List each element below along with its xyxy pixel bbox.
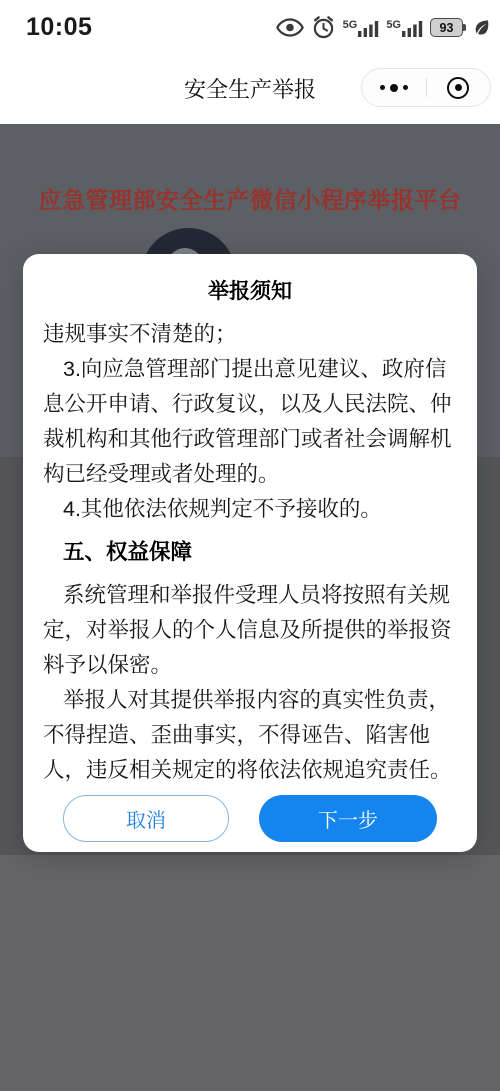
notice-line: 违规事实不清楚的；: [43, 317, 457, 352]
more-dots-icon: [403, 85, 408, 90]
close-circle-icon: [447, 77, 469, 99]
notice-line: 息公开申请、行政复议，以及人民法院、仲: [43, 387, 457, 422]
dim-overlay-bottom: [0, 855, 500, 1091]
dialog-actions: 取消 下一步: [23, 795, 477, 842]
network-type-label-1: 5G: [343, 19, 358, 31]
status-icons: 5G 5G 93: [276, 15, 490, 40]
battery-percent: 93: [430, 18, 463, 37]
cancel-button[interactable]: 取消: [63, 795, 229, 842]
power-saver-leaf-icon: [473, 19, 490, 36]
alarm-clock-icon: [311, 15, 336, 40]
miniprogram-capsule: [361, 68, 491, 107]
notice-body: 违规事实不清楚的；3.向应急管理部门提出意见建议、政府信息公开申请、行政复议，以…: [23, 317, 477, 788]
notice-line: 构已经受理或者处理的。: [43, 457, 457, 492]
dialog-title: 举报须知: [23, 254, 477, 305]
notice-line: 不得捏造、歪曲事实，不得诬告、陷害他: [43, 718, 457, 753]
notice-line: 裁机构和其他行政管理部门或者社会调解机: [43, 422, 457, 457]
notice-line: 定，对举报人的个人信息及所提供的举报资: [43, 613, 457, 648]
notice-line: 人，违反相关规定的将依法依规追究责任。: [43, 753, 457, 788]
notice-dialog: 举报须知 违规事实不清楚的；3.向应急管理部门提出意见建议、政府信息公开申请、行…: [23, 254, 477, 852]
notice-line: 五、权益保障: [43, 535, 457, 570]
notice-line: 4.其他依法依规判定不予接收的。: [43, 492, 457, 527]
network-type-label-2: 5G: [386, 19, 401, 31]
nav-bar: 安全生产举报: [0, 55, 500, 124]
more-dots-icon: [390, 84, 398, 92]
notice-line: 系统管理和举报件受理人员将按照有关规: [43, 578, 457, 613]
exit-miniprogram-button[interactable]: [427, 69, 491, 106]
status-time: 10:05: [26, 13, 92, 42]
notice-line: 料予以保密。: [43, 648, 457, 683]
notice-line: 举报人对其提供举报内容的真实性负责，: [43, 683, 457, 718]
status-bar: 10:05 5G 5G: [0, 0, 500, 55]
signal-strength-icon-sim2: 5G: [386, 19, 423, 37]
notice-line: 3.向应急管理部门提出意见建议、政府信: [43, 352, 457, 387]
eye-icon: [276, 18, 304, 37]
next-step-button[interactable]: 下一步: [259, 795, 437, 842]
battery-icon: 93: [430, 18, 466, 37]
battery-nub: [463, 24, 466, 31]
more-options-button[interactable]: [362, 69, 426, 106]
signal-strength-icon-sim1: 5G: [343, 19, 380, 37]
platform-heading: 应急管理部安全生产微信小程序举报平台: [0, 182, 500, 215]
more-dots-icon: [380, 85, 385, 90]
screen: 10:05 5G 5G: [0, 0, 500, 1091]
